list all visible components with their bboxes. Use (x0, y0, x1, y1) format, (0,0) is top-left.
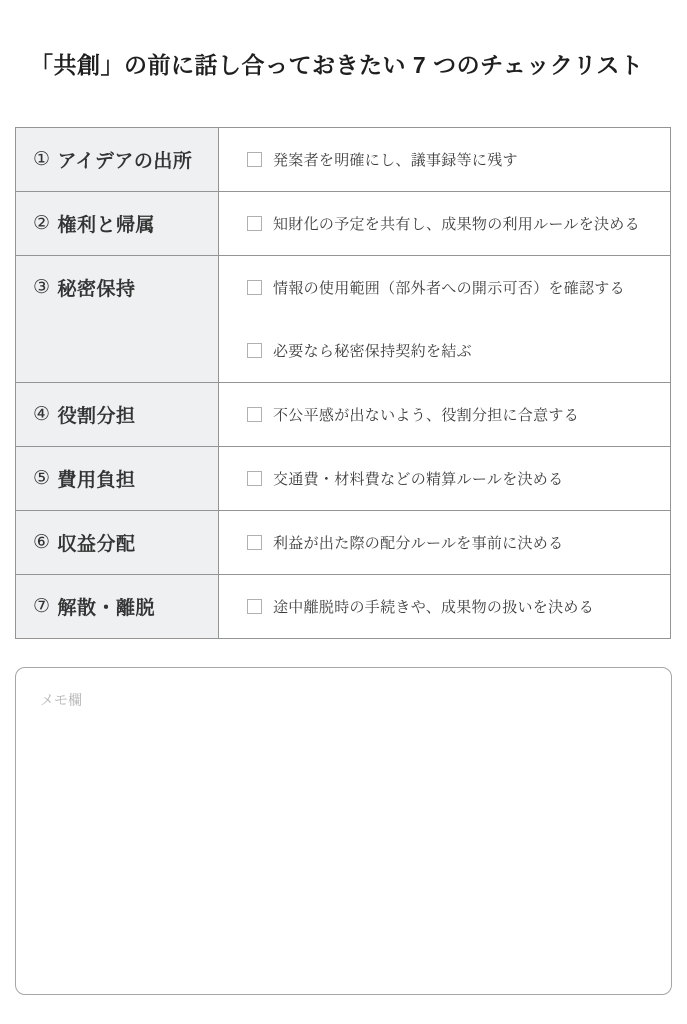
row-label: 役割分担 (58, 401, 136, 428)
checkbox-icon[interactable] (247, 471, 262, 486)
checklist-item: 交通費・材料費などの精算ルールを決める (219, 447, 670, 510)
table-row: ① アイデアの出所 発案者を明確にし、議事録等に残す (16, 128, 670, 191)
circled-number: ① (33, 148, 51, 171)
row-label: 解散・離脱 (58, 593, 156, 620)
row-label: アイデアの出所 (58, 146, 193, 173)
item-text: 発案者を明確にし、議事録等に残す (273, 149, 518, 170)
row-label-cell: ① アイデアの出所 (16, 128, 219, 191)
row-items: 途中離脱時の手続きや、成果物の扱いを決める (219, 575, 670, 638)
item-text: 不公平感が出ないよう、役割分担に合意する (273, 404, 579, 425)
checkbox-icon[interactable] (247, 280, 262, 295)
checklist-item: 発案者を明確にし、議事録等に残す (219, 128, 670, 191)
row-items: 発案者を明確にし、議事録等に残す (219, 128, 670, 191)
item-text: 必要なら秘密保持契約を結ぶ (273, 340, 472, 361)
row-label-inner: ⑥ 収益分配 (16, 511, 218, 574)
row-label: 費用負担 (58, 465, 136, 492)
checkbox-icon[interactable] (247, 152, 262, 167)
table-row: ⑥ 収益分配 利益が出た際の配分ルールを事前に決める (16, 510, 670, 574)
table-row: ④ 役割分担 不公平感が出ないよう、役割分担に合意する (16, 382, 670, 446)
row-label-cell: ⑥ 収益分配 (16, 511, 219, 574)
checkbox-icon[interactable] (247, 599, 262, 614)
row-items: 交通費・材料費などの精算ルールを決める (219, 447, 670, 510)
row-label: 収益分配 (58, 529, 136, 556)
checklist-item: 情報の使用範囲（部外者への開示可否）を確認する (219, 256, 670, 319)
memo-field[interactable] (15, 667, 672, 995)
item-text: 途中離脱時の手続きや、成果物の扱いを決める (273, 596, 594, 617)
checklist-item: 途中離脱時の手続きや、成果物の扱いを決める (219, 575, 670, 638)
table-row: ⑦ 解散・離脱 途中離脱時の手続きや、成果物の扱いを決める (16, 574, 670, 638)
document-page: 「共創」の前に話し合っておきたい 7 つのチェックリスト ① アイデアの出所 発… (0, 0, 687, 1024)
row-label-inner: ① アイデアの出所 (16, 128, 218, 191)
item-text: 知財化の予定を共有し、成果物の利用ルールを決める (273, 213, 640, 234)
circled-number: ⑥ (33, 531, 51, 554)
row-label-cell: ⑦ 解散・離脱 (16, 575, 219, 638)
row-label-inner: ⑦ 解散・離脱 (16, 575, 218, 638)
checklist-table: ① アイデアの出所 発案者を明確にし、議事録等に残す ② 権利と帰属 知財化の予… (15, 127, 671, 639)
checklist-item: 知財化の予定を共有し、成果物の利用ルールを決める (219, 192, 670, 255)
row-items: 情報の使用範囲（部外者への開示可否）を確認する 必要なら秘密保持契約を結ぶ (219, 256, 670, 382)
row-label-cell: ② 権利と帰属 (16, 192, 219, 255)
row-label-inner: ⑤ 費用負担 (16, 447, 218, 510)
circled-number: ⑦ (33, 595, 51, 618)
table-row: ③ 秘密保持 情報の使用範囲（部外者への開示可否）を確認する 必要なら秘密保持契… (16, 255, 670, 382)
table-row: ② 権利と帰属 知財化の予定を共有し、成果物の利用ルールを決める (16, 191, 670, 255)
row-items: 知財化の予定を共有し、成果物の利用ルールを決める (219, 192, 670, 255)
checklist-item: 不公平感が出ないよう、役割分担に合意する (219, 383, 670, 446)
table-row: ⑤ 費用負担 交通費・材料費などの精算ルールを決める (16, 446, 670, 510)
checkbox-icon[interactable] (247, 216, 262, 231)
circled-number: ⑤ (33, 467, 51, 490)
row-label-cell: ④ 役割分担 (16, 383, 219, 446)
item-text: 利益が出た際の配分ルールを事前に決める (273, 532, 563, 553)
row-items: 不公平感が出ないよう、役割分担に合意する (219, 383, 670, 446)
page-title: 「共創」の前に話し合っておきたい 7 つのチェックリスト (0, 0, 687, 82)
row-items: 利益が出た際の配分ルールを事前に決める (219, 511, 670, 574)
circled-number: ④ (33, 403, 51, 426)
circled-number: ② (33, 212, 51, 235)
row-label: 権利と帰属 (58, 210, 156, 237)
row-label-inner: ② 権利と帰属 (16, 192, 218, 255)
checkbox-icon[interactable] (247, 407, 262, 422)
circled-number: ③ (33, 276, 51, 299)
row-label-cell: ③ 秘密保持 (16, 256, 219, 382)
row-label: 秘密保持 (58, 274, 136, 301)
checklist-item: 必要なら秘密保持契約を結ぶ (219, 319, 670, 382)
row-label-inner: ③ 秘密保持 (16, 256, 218, 319)
item-text: 交通費・材料費などの精算ルールを決める (273, 468, 563, 489)
checklist-item: 利益が出た際の配分ルールを事前に決める (219, 511, 670, 574)
checkbox-icon[interactable] (247, 535, 262, 550)
item-text: 情報の使用範囲（部外者への開示可否）を確認する (273, 277, 625, 298)
row-label-inner: ④ 役割分担 (16, 383, 218, 446)
checkbox-icon[interactable] (247, 343, 262, 358)
row-label-cell: ⑤ 費用負担 (16, 447, 219, 510)
